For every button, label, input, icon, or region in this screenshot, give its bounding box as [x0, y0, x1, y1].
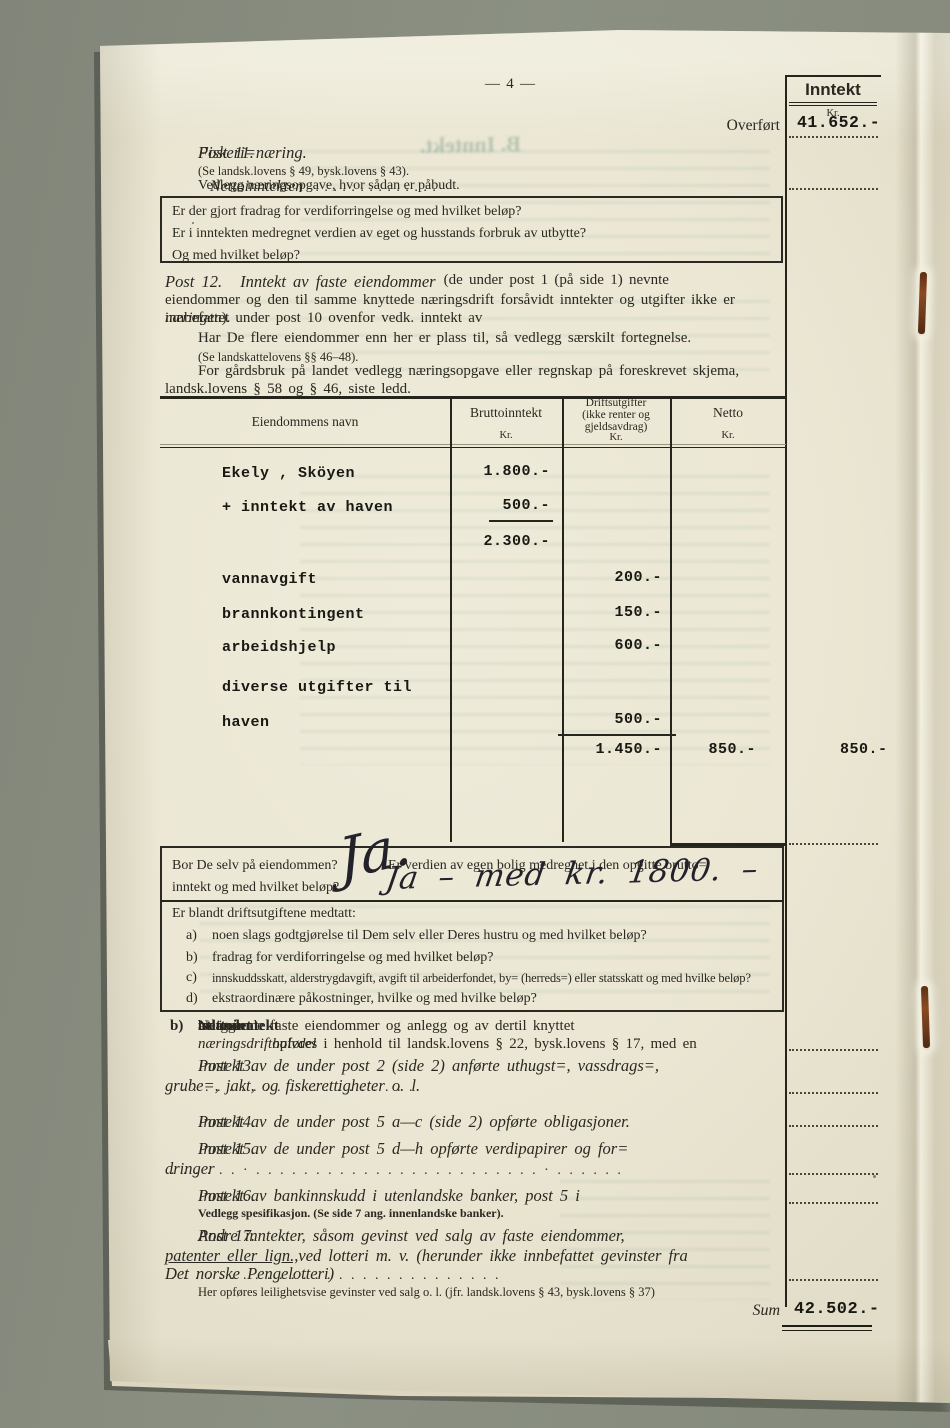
post15-leader-dots: . . . . . . · . . . . . . . . . . . . . …	[171, 1163, 622, 1178]
post17-text2: ved lotteri m. v. (herunder ikke innbefa…	[298, 1246, 687, 1266]
box2-item-a-label: a)	[186, 928, 197, 944]
post12-line1-rest: (de under post 1 (på side 1) nevnte	[444, 272, 669, 289]
post13-line2: grube=, jakt, og fiskerettigheter o. l..…	[165, 1076, 414, 1096]
post17-text3: Det norske Pengelotteri)	[165, 1264, 334, 1284]
post11-reference: (Se landsk.lovens § 49, bysk.lovens § 43…	[198, 164, 409, 179]
staple-top	[918, 272, 927, 334]
table-row: diverse utgifter til	[222, 679, 412, 696]
table-cell-brutto: 500.-	[450, 497, 550, 514]
box2-item-d-label: d)	[186, 991, 198, 1007]
table-row: haven	[222, 714, 270, 731]
amount-dotted-line	[789, 1202, 878, 1204]
table-cell-netto: 850.-	[670, 741, 756, 758]
table-col-brutto-unit: Kr.	[450, 430, 562, 441]
post15-text2: dringer	[165, 1159, 215, 1179]
table-col-netto: Netto	[670, 405, 786, 421]
amount-dotted-line	[789, 188, 878, 190]
sum-value: 42.502.-	[794, 1300, 880, 1319]
amount-dotted-line	[789, 1279, 878, 1281]
amount-dotted-line	[789, 1125, 878, 1127]
post12-line3: innbefattet under post 10 ovenfor vedk. …	[165, 310, 222, 327]
post15-text1: Inntekt av de under post 5 d—h opførte v…	[198, 1139, 628, 1159]
post12-line3a: innbefattet under post 10 ovenfor vedk. …	[165, 310, 482, 327]
amount-dotted-line	[789, 1049, 878, 1051]
box2-question-left: Bor De selv på eiendommen?	[172, 858, 338, 874]
section-b-label: b)	[170, 1018, 183, 1035]
amount-dotted-line	[789, 1092, 878, 1094]
post14-text1: Inntekt av de under post 5 a—c (side 2) …	[198, 1112, 630, 1132]
box1-question-1: Er der gjort fradrag for verdiforringels…	[172, 204, 521, 220]
table-top-rule	[160, 396, 786, 399]
table-cell-drift: 150.-	[562, 604, 662, 621]
table-cell-brutto: 1.800.-	[450, 463, 550, 480]
post17-line3: Det norske Pengelotteri). . . . . . . . …	[165, 1264, 500, 1284]
brutto-subtotal-underline	[489, 520, 553, 522]
carried-forward-value: 41.652.-	[797, 113, 880, 132]
box1-question-2: Er i inntekten medregnet verdien av eget…	[172, 226, 586, 242]
section-b-rest: beliggende faste eiendommer og anlegg og…	[198, 1018, 575, 1035]
table-header-rule	[160, 444, 786, 448]
scanned-tax-form-page: B. Inntekt. — 4 — Inntekt Kr. Overført 4…	[0, 0, 950, 1428]
box1-question-3: Og med hvilket beløp?	[172, 248, 300, 264]
box2-question-cont: inntekt og med hvilket beløp?	[172, 880, 339, 896]
post12-number: Post 12.	[165, 272, 222, 291]
income-title-underline	[789, 102, 877, 106]
post12-line4: Har De flere eiendommer enn her er plass…	[198, 330, 691, 347]
box2-item-c: innskuddsskatt, alderstrygdavgift, avgif…	[212, 971, 751, 986]
post16-line1: Post 16.Inntekt av bankinnskudd i utenla…	[198, 1186, 249, 1206]
post12-line2: eiendommer og den til samme knyttede nær…	[165, 292, 735, 309]
post17-line2: patenter eller lign., ved lotteri m. v. …	[165, 1246, 298, 1266]
post17-text1: Andre inntekter, såsom gevinst ved salg …	[198, 1226, 625, 1246]
table-col-brutto: Bruttoinntekt	[450, 405, 562, 421]
table-col-name: Eiendommens navn	[160, 414, 450, 430]
amount-dotted-line	[789, 843, 878, 845]
table-cell-drift: 200.-	[562, 569, 662, 586]
post13-text2: grube=, jakt, og fiskerettigheter o. l.	[165, 1076, 420, 1096]
table-col-netto-unit: Kr.	[670, 430, 786, 441]
table-cell-drift: 600.-	[562, 637, 662, 654]
table-col-drift-1: Driftsutgifter	[562, 397, 670, 409]
section-b-mid2: opføres i henhold til landsk.lovens § 22…	[272, 1036, 697, 1053]
post13-text1: Inntekt av de under post 2 (side 2) anfø…	[198, 1056, 659, 1076]
table-cell-drift: 500.-	[562, 711, 662, 728]
sum-double-rule	[782, 1325, 872, 1331]
post15-line2: dringer. . . . . . · . . . . . . . . . .…	[165, 1159, 622, 1179]
post12-title: Inntekt av faste eiendommer	[240, 272, 435, 291]
table-vline-3	[670, 396, 672, 845]
table-col-drift-2: (ikke renter og	[562, 409, 670, 421]
ghost-mirrored-title: B. Inntekt.	[420, 131, 521, 159]
post11-line: Vedlegg næringsopgave, hvor sådan er påb…	[198, 178, 437, 196]
section-b-line2: næringsdrift opføres i henhold til lands…	[198, 1036, 316, 1053]
dust-speck	[873, 1175, 876, 1178]
box2-item-b-label: b)	[186, 950, 198, 966]
income-column-left-rule	[785, 75, 787, 1307]
income-column-entry: 850.-	[840, 741, 888, 758]
table-row: vannavgift	[222, 571, 317, 588]
income-column-title: Inntekt	[788, 80, 878, 100]
table-col-drift-unit: Kr.	[562, 432, 670, 443]
amount-dotted-line	[789, 136, 878, 138]
table-row: arbeidshjelp	[222, 639, 336, 656]
table-row: + inntekt av haven	[222, 499, 393, 516]
post11-instruction: Vedlegg næringsopgave, hvor sådan er påb…	[198, 178, 460, 194]
page-number: — 4 —	[470, 76, 550, 93]
box2-item-d: ekstraordinære påkostninger, hvilke og m…	[212, 991, 537, 1007]
staple-bottom	[921, 986, 930, 1048]
post12-line1: Post 12.Inntekt av faste eiendommer(de u…	[165, 272, 444, 292]
table-row: Ekely , Sköyen	[222, 465, 355, 482]
drift-subtotal-underline	[558, 734, 676, 736]
post11-title: Fiskeri=næring.	[198, 143, 307, 163]
bleed-through-texture	[300, 475, 770, 765]
box2-item-b: fradrag for verdiforringelse og med hvil…	[212, 950, 493, 966]
post17-underlined: patenter eller lign.,	[165, 1246, 298, 1265]
table-cell-drift-sum: 1.450.-	[562, 741, 662, 758]
carried-forward-label: Overført	[640, 117, 780, 135]
table-cell-brutto-sum: 2.300.-	[450, 533, 550, 550]
amount-dotted-line	[789, 1173, 878, 1175]
box2-item-c-label: c)	[186, 970, 197, 986]
post17-note: Her opføres leilighetsvise gevinster ved…	[198, 1285, 655, 1300]
post12-line6: For gårdsbruk på landet vedlegg næringso…	[198, 363, 739, 380]
post16-text1: Inntekt av bankinnskudd i utenlandske ba…	[198, 1186, 580, 1206]
table-row: brannkontingent	[222, 606, 365, 623]
post16-note: Vedlegg spesifikasjon. (Se side 7 ang. i…	[198, 1206, 504, 1221]
section-b-italic1: næringsdrift	[198, 1036, 272, 1052]
box2-subtitle: Er blandt driftsutgiftene medtatt:	[172, 906, 356, 922]
box2-divider	[160, 900, 784, 902]
sum-label: Sum	[690, 1302, 780, 1320]
box2-item-a: noen slags godtgjørelse til Dem selv ell…	[212, 928, 647, 944]
income-column-top-rule	[785, 75, 881, 77]
post12-line3b: ).	[222, 310, 231, 327]
